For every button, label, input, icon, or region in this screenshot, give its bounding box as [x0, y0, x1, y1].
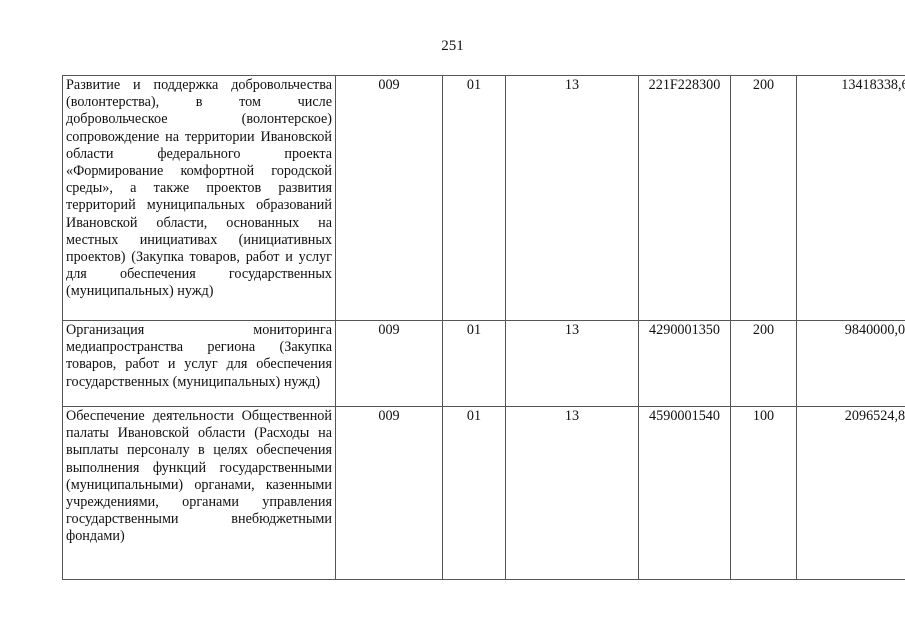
- amount: 9840000,00: [797, 321, 905, 407]
- expense-description: Развитие и поддержка добровольчества (во…: [63, 76, 336, 321]
- target-article-code: 4290001350: [639, 321, 731, 407]
- section-code: 01: [443, 76, 506, 321]
- target-article-code: 4590001540: [639, 407, 731, 580]
- subsection-code: 13: [506, 321, 639, 407]
- target-article-code: 221F228300: [639, 76, 731, 321]
- amount: 13418338,65: [797, 76, 905, 321]
- admin-code: 009: [336, 407, 443, 580]
- admin-code: 009: [336, 321, 443, 407]
- section-code: 01: [443, 321, 506, 407]
- table-row: Обеспечение деятельности Общественной па…: [63, 407, 905, 580]
- section-code: 01: [443, 407, 506, 580]
- expense-description: Обеспечение деятельности Общественной па…: [63, 407, 336, 580]
- table-row: Развитие и поддержка добровольчества (во…: [63, 76, 905, 321]
- budget-table: Развитие и поддержка добровольчества (во…: [62, 75, 905, 580]
- subsection-code: 13: [506, 76, 639, 321]
- page-number: 251: [0, 37, 905, 55]
- expense-type-code: 100: [731, 407, 797, 580]
- expense-description: Организация мониторинга медиапространств…: [63, 321, 336, 407]
- admin-code: 009: [336, 76, 443, 321]
- amount: 2096524,81: [797, 407, 905, 580]
- table-row: Организация мониторинга медиапространств…: [63, 321, 905, 407]
- subsection-code: 13: [506, 407, 639, 580]
- expense-type-code: 200: [731, 76, 797, 321]
- expense-type-code: 200: [731, 321, 797, 407]
